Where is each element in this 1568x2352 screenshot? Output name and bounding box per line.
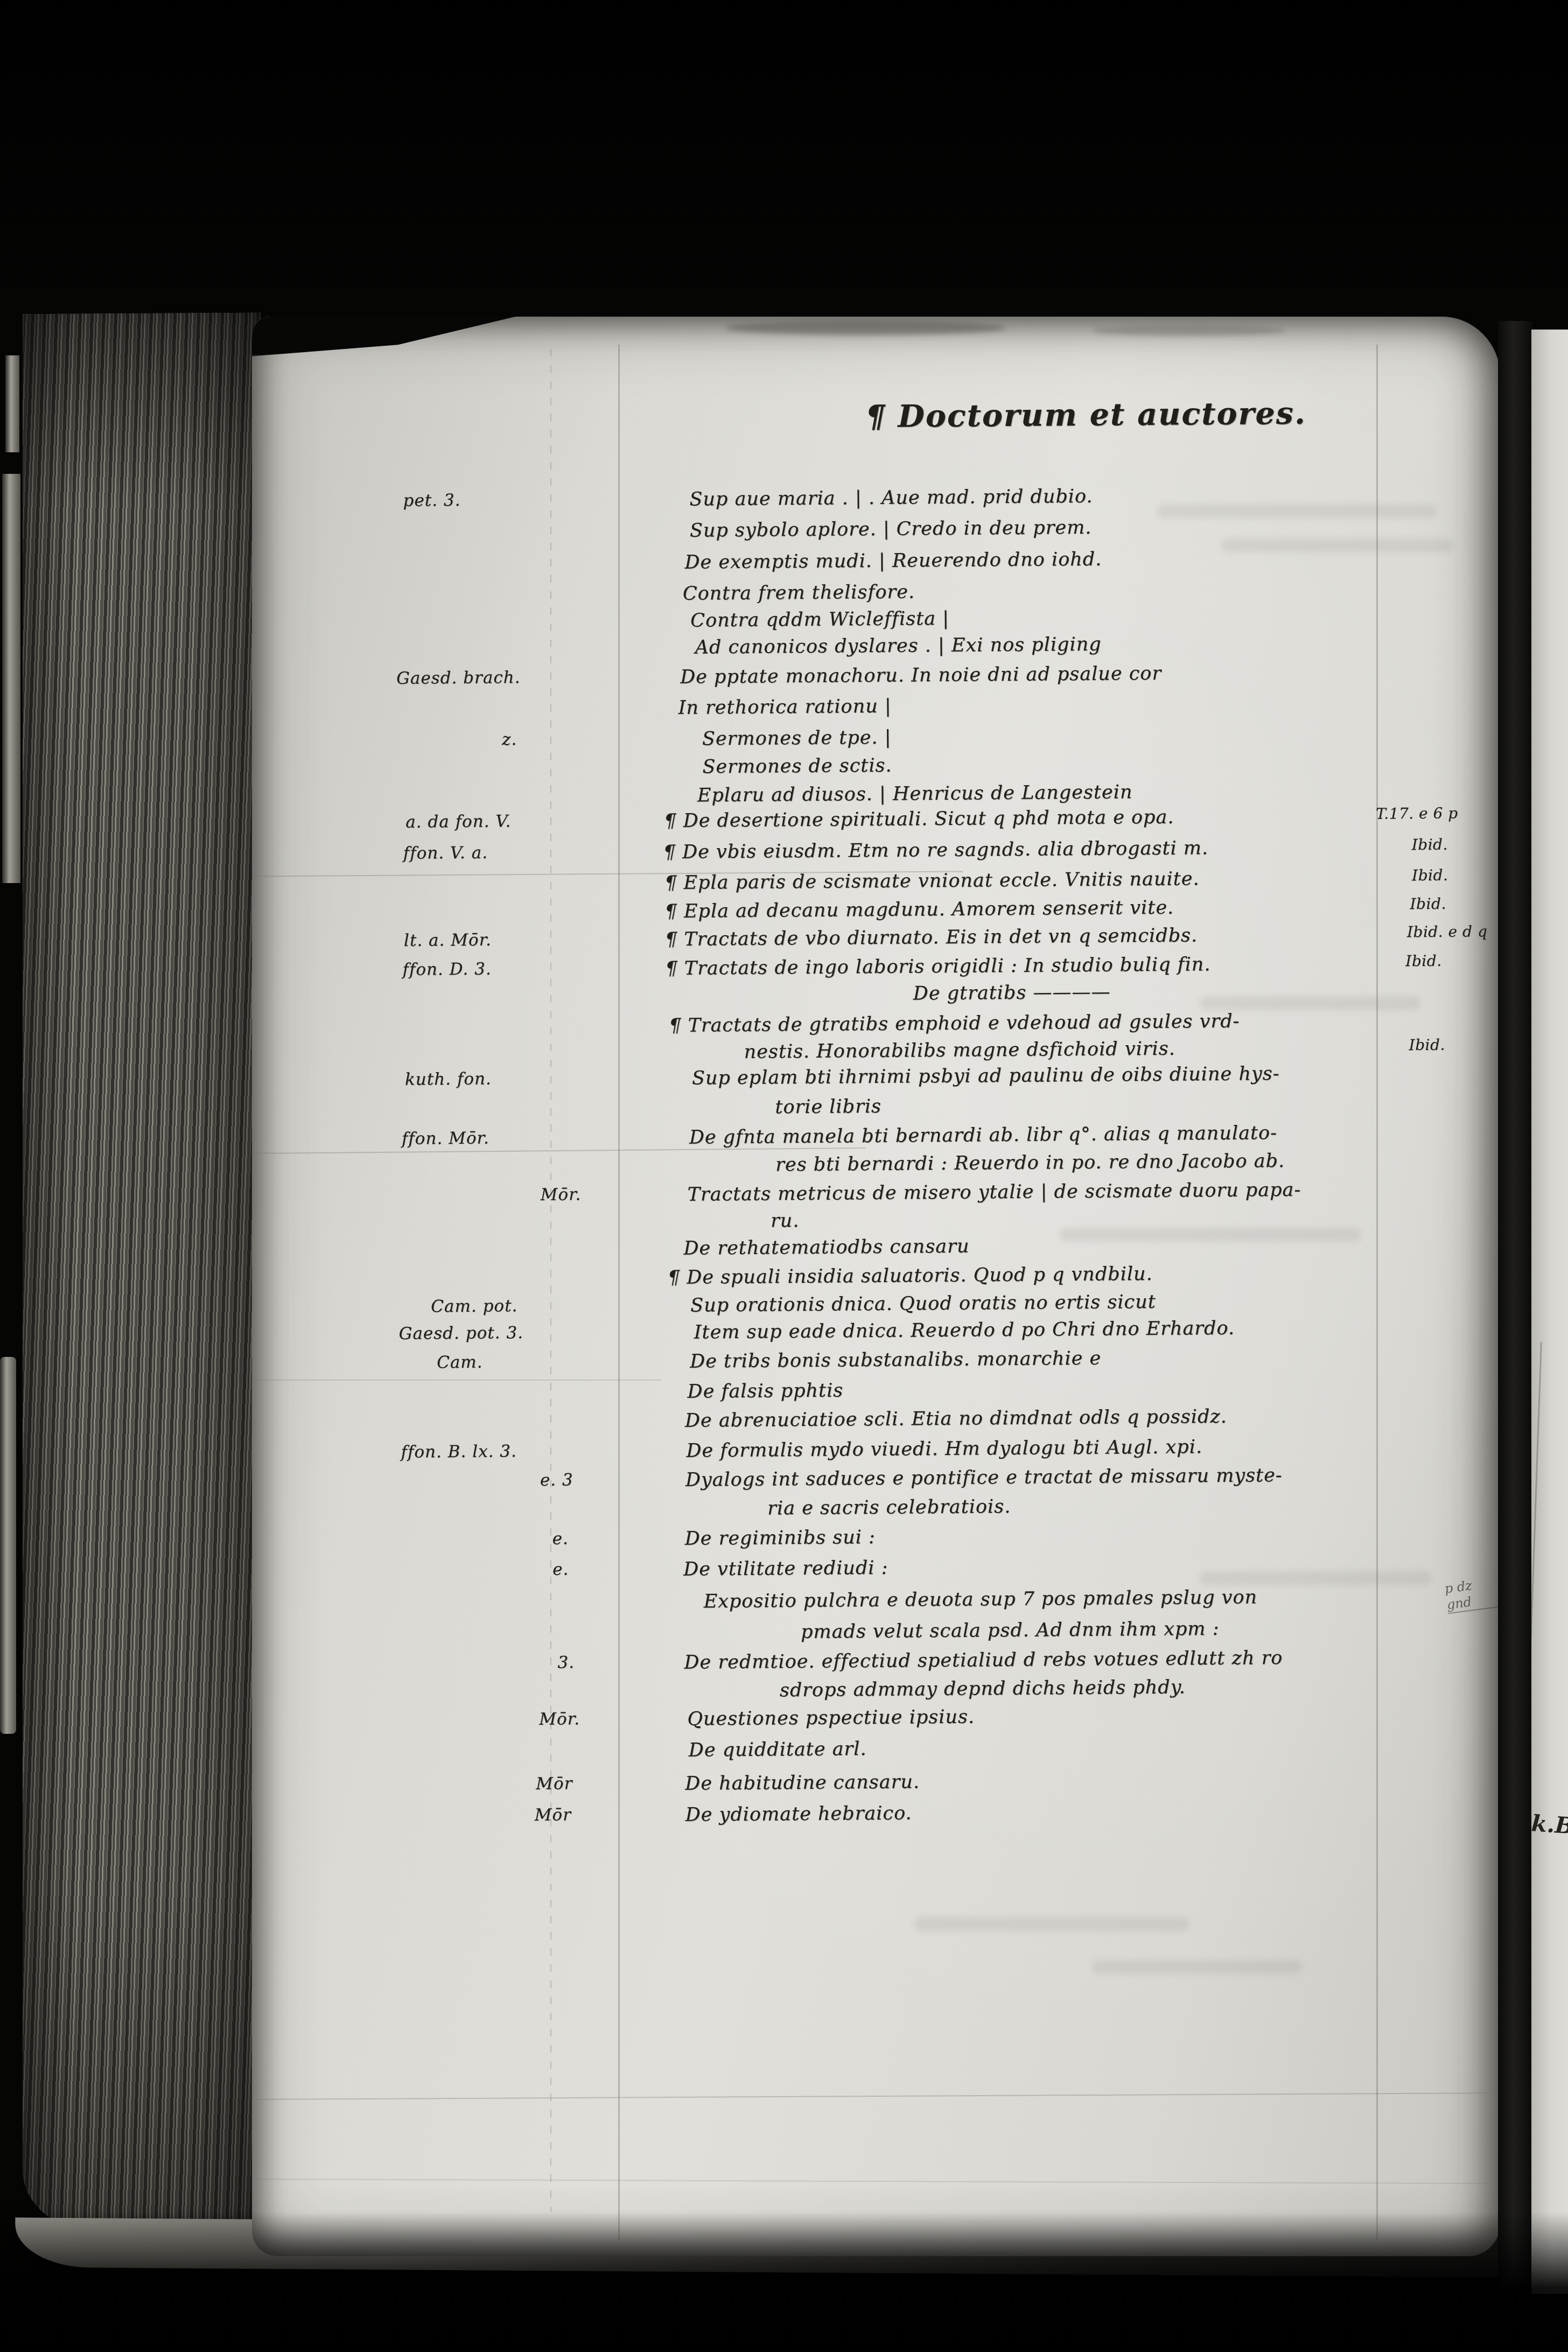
partial-ink-mark: k.B bbox=[1531, 1810, 1568, 1839]
entry-text: ¶ Epla paris de scismate vnionat eccle. … bbox=[664, 868, 1200, 894]
page-heading: ¶ Doctorum et auctores. bbox=[865, 395, 1306, 435]
entry-text: De redmtioe. effectiud spetialiud d rebs… bbox=[684, 1647, 1283, 1674]
margin-label: Cam. pot. bbox=[431, 1296, 517, 1316]
margin-label: e. bbox=[552, 1529, 569, 1549]
entry-text: res bti bernardi : Reuerdo in po. re dno… bbox=[775, 1150, 1285, 1175]
margin-label: e. 3 bbox=[540, 1470, 573, 1489]
entry-text: De formulis mydo viuedi. Hm dyalogu bti … bbox=[686, 1436, 1202, 1462]
entry-text: De regiminibs sui : bbox=[685, 1527, 876, 1550]
margin-label: pet. 3. bbox=[403, 491, 460, 510]
paper-crease bbox=[1531, 1342, 1542, 1676]
entry-text: Sup sybolo aplore. | Credo in deu prem. bbox=[690, 517, 1092, 542]
reference-label: Ibid. e d q bbox=[1407, 922, 1488, 941]
margin-label: ffon. Mōr. bbox=[402, 1129, 489, 1149]
book-photo: ¶ Doctorum et auctores. pet. 3.Sup aue m… bbox=[0, 0, 1568, 2352]
entry-text: nestis. Honorabilibs magne dsfichoid vir… bbox=[744, 1038, 1175, 1063]
reference-label: Ibid. bbox=[1410, 895, 1446, 913]
entry-text: ¶ De desertione spirituali. Sicut q phd … bbox=[664, 807, 1174, 832]
entry-text: In rethorica rationu | bbox=[678, 696, 891, 719]
entry-text: ria e sacris celebratiois. bbox=[767, 1496, 1011, 1520]
entry-text: Questiones pspectiue ipsius. bbox=[687, 1706, 975, 1730]
margin-label: Gaesd. pot. 3. bbox=[399, 1323, 524, 1343]
reference-label: T.17. e 6 p bbox=[1376, 804, 1458, 822]
entry-text: Sup eplam bti ihrnimi psbyi ad paulinu d… bbox=[692, 1063, 1280, 1089]
margin-label: Mōr. bbox=[539, 1709, 580, 1729]
entry-text: Ad canonicos dyslares . | Exi nos pligin… bbox=[695, 634, 1102, 659]
entry-text: ¶ Tractats de vbo diurnato. Eis in det v… bbox=[665, 925, 1198, 950]
page-gap-shadow bbox=[1498, 321, 1532, 2287]
entry-text: sdrops admmay depnd dichs heids phdy. bbox=[780, 1677, 1186, 1702]
margin-label: ffon. B. lx. 3. bbox=[401, 1441, 517, 1462]
entry-text: pmads velut scala psd. Ad dnm ihm xpm : bbox=[801, 1618, 1220, 1643]
margin-label: ffon. V. a. bbox=[403, 843, 488, 863]
page-edge-sliver bbox=[2, 474, 20, 883]
entry-text: De tribs bonis substanalibs. monarchie e bbox=[690, 1348, 1101, 1373]
entry-text: Tractats metricus de misero ytalie | de … bbox=[687, 1179, 1301, 1206]
entry-text: De pptate monachoru. In noie dni ad psal… bbox=[680, 663, 1161, 688]
margin-label: Mōr bbox=[536, 1774, 573, 1794]
entry-text: Expositio pulchra e deuota sup 7 pos pma… bbox=[703, 1586, 1257, 1612]
margin-label: lt. a. Mōr. bbox=[404, 930, 492, 950]
margin-label: z. bbox=[502, 730, 517, 749]
page-edges-stack bbox=[23, 313, 261, 2234]
reference-label: Ibid. bbox=[1411, 836, 1448, 854]
margin-label: Mōr. bbox=[541, 1185, 582, 1205]
entry-text: De gfnta manela bti bernardi ab. libr q°… bbox=[689, 1122, 1277, 1149]
entry-text: De gtratibs ———— bbox=[913, 982, 1111, 1005]
entry-text: Item sup eade dnica. Reuerdo d po Chri d… bbox=[694, 1318, 1235, 1343]
entry-text: Sup aue maria . | . Aue mad. prid dubio. bbox=[689, 486, 1093, 510]
page-edge-sliver bbox=[0, 1357, 16, 1734]
entry-text: ¶ Epla ad decanu magdunu. Amorem senseri… bbox=[664, 897, 1174, 922]
reference-label: Ibid. bbox=[1412, 866, 1448, 885]
entry-text: De exemptis mudi. | Reuerendo dno iohd. bbox=[684, 549, 1102, 573]
entry-text: Sermones de tpe. | bbox=[702, 727, 892, 750]
entry-text: torie libris bbox=[775, 1096, 881, 1118]
entry-text: De vtilitate rediudi : bbox=[683, 1557, 888, 1580]
margin-label: ffon. D. 3. bbox=[402, 960, 492, 979]
margin-label: e. bbox=[552, 1559, 569, 1579]
entry-text: ¶ De vbis eiusdm. Etm no re sagnds. alia… bbox=[663, 837, 1209, 863]
margin-label: kuth. fon. bbox=[405, 1069, 492, 1089]
entry-text: De abrenuciatioe scli. Etia no dimdnat o… bbox=[685, 1406, 1227, 1432]
margin-label: Cam. bbox=[437, 1353, 483, 1373]
entry-text: Sup orationis dnica. Quod oratis no erti… bbox=[690, 1291, 1156, 1317]
entry-text: De quidditate arl. bbox=[689, 1738, 867, 1761]
entry-text: Contra qddm Wicleffista | bbox=[690, 608, 949, 632]
entry-text: De falsis pphtis bbox=[687, 1380, 843, 1402]
entry-text: De ydiomate hebraico. bbox=[685, 1803, 912, 1826]
entry-text: De habitudine cansaru. bbox=[685, 1771, 920, 1794]
entry-text: Sermones de sctis. bbox=[702, 755, 892, 778]
margin-label: a. da fon. V. bbox=[405, 811, 511, 832]
reference-label: Ibid. bbox=[1409, 1036, 1445, 1054]
margin-label: Gaesd. brach. bbox=[396, 668, 521, 688]
margin-label: Mōr bbox=[535, 1805, 572, 1825]
entry-text: ¶ Tractats de ingo laboris origidli : In… bbox=[665, 954, 1210, 979]
entry-text: Contra frem thelisfore. bbox=[683, 581, 915, 604]
entry-text: ru. bbox=[771, 1210, 800, 1231]
margin-label: 3. bbox=[557, 1653, 575, 1672]
manuscript-page: ¶ Doctorum et auctores. pet. 3.Sup aue m… bbox=[252, 317, 1500, 2256]
entry-text: De rethatematiodbs cansaru bbox=[683, 1236, 969, 1259]
page-edge-sliver bbox=[5, 355, 19, 452]
entry-text: Eplaru ad diusos. | Henricus de Langeste… bbox=[697, 781, 1133, 806]
manuscript-text: ¶ Doctorum et auctores. pet. 3.Sup aue m… bbox=[252, 317, 1500, 2256]
entry-text: ¶ De spuali insidia saluatoris. Quod p q… bbox=[668, 1263, 1153, 1289]
entry-text: ¶ Tractats de gtratibs emphoid e vdehoud… bbox=[669, 1011, 1240, 1037]
entry-text: Dyalogs int saduces e pontifice e tracta… bbox=[685, 1465, 1283, 1491]
next-page-sliver: k.B bbox=[1531, 330, 1568, 2294]
reference-label: Ibid. bbox=[1405, 952, 1442, 970]
